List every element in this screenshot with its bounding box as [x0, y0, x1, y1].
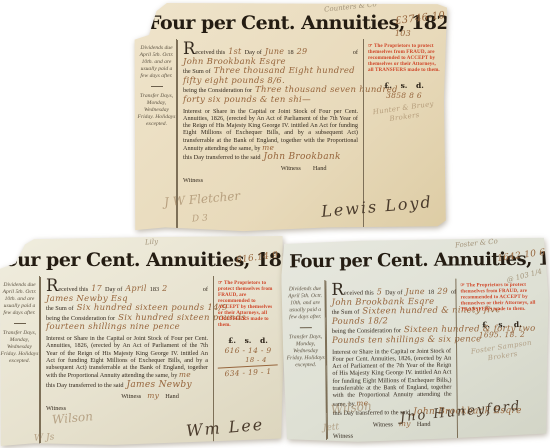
margin-divider [14, 323, 26, 324]
received-label: Received this [183, 43, 225, 57]
statute-paragraph: Interest or Share in the Capital or Join… [46, 335, 208, 380]
transfer-days-note: Transfer Days, Monday, Wednesday Friday.… [137, 93, 176, 128]
fraud-notice: ☞ The Proprietors to protect themselves … [460, 282, 542, 313]
month-value: June [265, 48, 284, 56]
fraud-notice: ☞ The Proprietors to protect themselves … [368, 43, 440, 73]
sum-value-2: fifty eight pounds 8/6. [183, 78, 358, 86]
statute-paragraph: Interest or Share in the Capital or Join… [332, 347, 452, 408]
received-line: Received this 1st Day of June 1829 of [183, 43, 358, 57]
witness-label: Witness [183, 177, 203, 185]
year-value: 29 [437, 288, 448, 296]
transferred-label: this Day transferred to the said [46, 382, 123, 390]
witness-hand-line: Witness Hand [183, 165, 358, 173]
broker-note: Foster Sampson Brokers [460, 337, 544, 367]
sum-line: the Sum of Sixteen hundred & ninety five [332, 308, 451, 317]
sum-value-1: Six hundred sixteen pounds 14/9 [77, 305, 228, 313]
payer-name: James Newby Esq [46, 296, 208, 304]
consideration-line: being the Consideration for Six hundred … [46, 315, 208, 323]
year-print: 183 [150, 286, 159, 294]
day-of-label: Day of [105, 286, 122, 294]
by-word: me [179, 370, 191, 379]
sum-label: the Sum of [183, 68, 211, 76]
witness-signature-2: Jett [323, 422, 340, 433]
transfer-days-note: Transfer Days, Monday, Wednesday Friday.… [286, 334, 325, 369]
sum-label: the Sum of [46, 305, 74, 313]
margin-divider [151, 86, 163, 87]
month-value: April [125, 285, 146, 293]
consideration-label: being the Consideration for [46, 315, 115, 323]
year-value: 29 [297, 48, 308, 56]
statute-text: Interest or Share in the Capital or Join… [332, 347, 452, 407]
pencil-note: Foster & Co [455, 237, 498, 249]
dividends-note: Dividends due April 5th. Octr. 10th. and… [0, 282, 39, 317]
consideration-line: being the Consideration for Three thousa… [183, 87, 358, 95]
consideration-value-2: fourteen shillings nine pence [46, 324, 208, 332]
payer-name: John Brookbank Esqre [183, 59, 358, 67]
sum-value-1: Three thousand Eight hundred [214, 68, 355, 76]
lsd-total: 634 - 19 - 1 [218, 364, 278, 378]
transferred-line: this Day transferred to the said John Br… [183, 154, 358, 162]
received-label: Received this [46, 280, 88, 294]
lsd-header: £. s. d. [218, 336, 278, 345]
annuity-receipt-left: Lily Four per Cent. Annuities, 1826. 616… [0, 236, 284, 447]
sum-line: the Sum of Three thousand Eight hundred [183, 68, 358, 76]
margin-column: Dividends due April 5th. Octr. 10th. and… [0, 276, 40, 444]
scanned-documents-photo: Counters & Co Four per Cent. Annuities, … [0, 0, 550, 448]
witness-right-label: Witness [373, 421, 393, 429]
statute-paragraph: Interest or Share in the Capital or Join… [183, 108, 358, 153]
sum-label: the Sum of [332, 309, 360, 317]
transferee-signature: James Newby [126, 382, 191, 390]
consideration-value-2: forty six pounds & ten shi— [183, 97, 358, 105]
month-value: June [405, 288, 425, 296]
stock-amount-annotation-2: 103 [395, 29, 411, 38]
witness-hand-line: Witness my Hand [46, 392, 208, 401]
annuity-receipt-right-wrap: Foster & Co Four per Cent. Annuities, 18… [282, 239, 549, 442]
consideration-label: being the Consideration for [183, 87, 252, 95]
hand-label: Hand [165, 393, 179, 401]
witness-left-label: Witness [333, 432, 452, 441]
pencil-note: Lily [145, 238, 159, 247]
lsd-amount: 616 - 14 - 9 [218, 346, 278, 355]
year-print: 18 [428, 289, 434, 297]
consideration-value-2: Pounds ten shillings & six pence [332, 337, 451, 346]
annuity-receipt-right: Foster & Co Four per Cent. Annuities, 18… [281, 238, 550, 444]
lsd-amount: 3858 8 6 [368, 91, 440, 100]
hand-label: Hand [313, 165, 327, 173]
dividends-note: Dividends due April 5th. Octr. 10th. and… [285, 286, 324, 321]
annuity-receipt-top: Counters & Co Four per Cent. Annuities, … [134, 3, 447, 232]
witness-right-label: Witness [281, 165, 301, 173]
witness-signature-2: W Js [34, 432, 55, 443]
year-print: 18 [287, 49, 293, 57]
transfer-days-note: Transfer Days, Monday, Wednesday Friday.… [0, 330, 39, 365]
margin-divider [299, 327, 311, 328]
of-label: of [353, 49, 358, 57]
transferee-signature: John Brookbank [263, 154, 340, 162]
fraud-notice: ☞ The Proprietors to protect themselves … [218, 280, 278, 328]
witness-signature-2: D 3 [192, 213, 208, 224]
of-label: of [203, 286, 208, 294]
transferred-label: this Day transferred to the said [183, 154, 260, 162]
annuity-receipt-left-wrap: Lily Four per Cent. Annuities, 1826. 616… [0, 236, 284, 447]
hand-between-word: my [147, 392, 159, 400]
transferred-line: this Day transferred to the said James N… [46, 382, 208, 390]
received-label: Received this [331, 283, 373, 297]
by-word: me [262, 143, 274, 152]
witness-left-label: Witness [183, 177, 358, 185]
lsd-amount-2: 18 - 4 [218, 356, 278, 364]
day-of-label: Day of [385, 289, 402, 297]
received-line: Received this 17 Day of April 1832 of [46, 280, 208, 294]
day-value: 5 [377, 288, 382, 296]
day-of-label: Day of [245, 49, 262, 57]
margin-column: Dividends due April 5th. Octr. 10th. and… [285, 280, 327, 440]
broker-note: Hunter & Bruey Brokers [367, 99, 441, 127]
year-value: 2 [162, 285, 167, 293]
sum-line: the Sum of Six hundred sixteen pounds 14… [46, 305, 208, 313]
received-line: Received this 5 Day of June 1829 of [331, 283, 450, 298]
witness-label: Witness [333, 433, 353, 441]
day-value: 17 [91, 285, 102, 293]
lsd-header: £. s. d. [461, 320, 543, 330]
lsd-header: £. s. d. [368, 81, 440, 90]
day-value: 1st [228, 48, 241, 56]
annuity-receipt-top-wrap: Counters & Co Four per Cent. Annuities, … [134, 3, 447, 232]
dividends-note: Dividends due April 5th. Octr. 10th. and… [137, 45, 176, 80]
witness-right-label: Witness [121, 393, 141, 401]
